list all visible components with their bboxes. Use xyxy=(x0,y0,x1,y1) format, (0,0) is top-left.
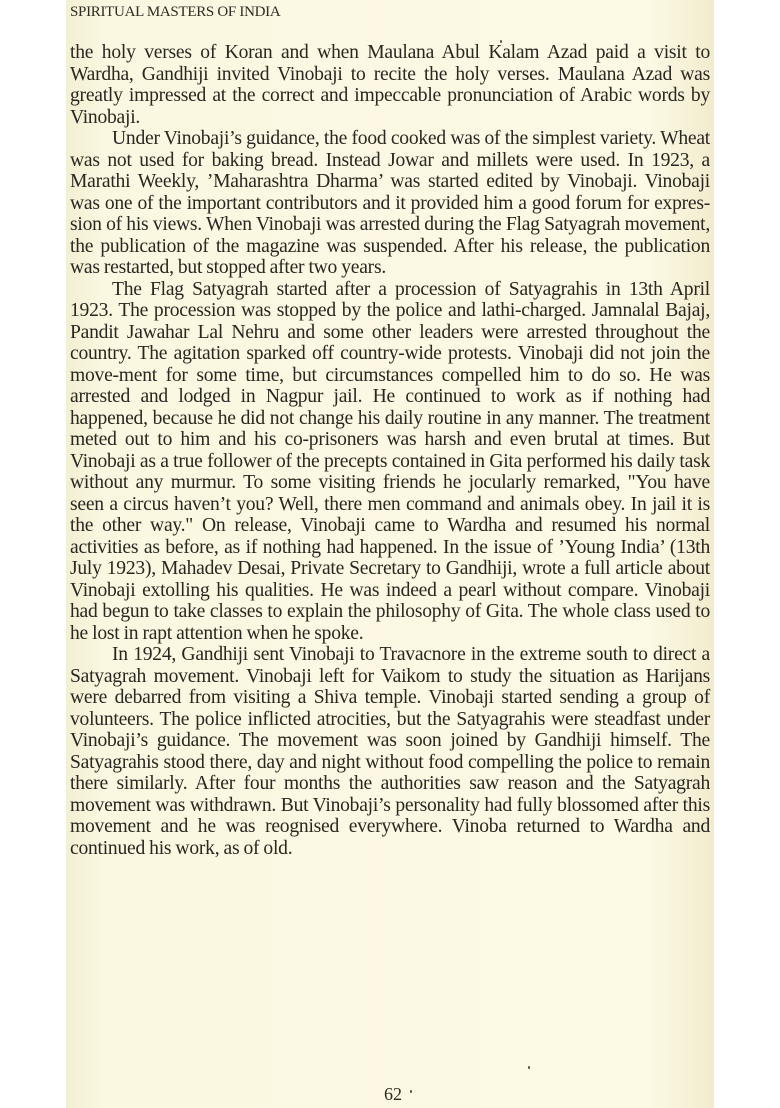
paragraph: The Flag Satyagrah started after a proce… xyxy=(70,279,710,645)
book-page: SPIRITUAL MASTERS OF INDIA the holy vers… xyxy=(66,0,714,1108)
paragraph: In 1924, Gandhiji sent Vinobaji to Trava… xyxy=(70,644,710,859)
scan-speck xyxy=(528,1066,530,1069)
scan-speck xyxy=(500,40,502,43)
page-number: 62 xyxy=(384,1084,402,1105)
running-head: SPIRITUAL MASTERS OF INDIA xyxy=(70,4,280,21)
scan-speck xyxy=(410,1090,412,1093)
paragraph: Under Vinobaji’s guidance, the food cook… xyxy=(70,128,710,279)
body-text: the holy verses of Koran and when Maulan… xyxy=(70,42,710,859)
paragraph: the holy verses of Koran and when Maulan… xyxy=(70,42,710,128)
